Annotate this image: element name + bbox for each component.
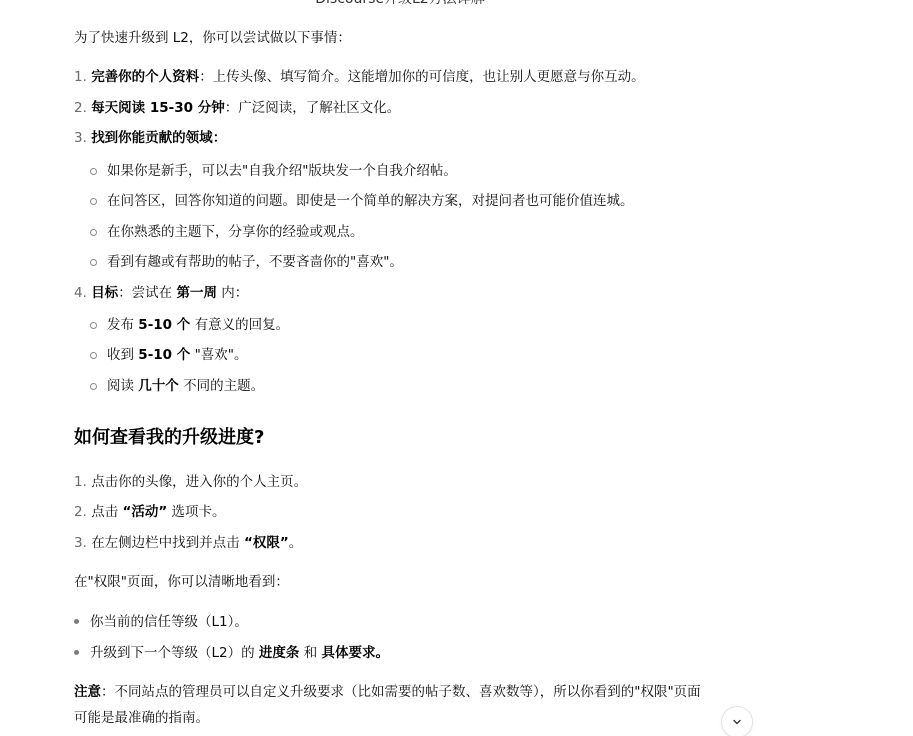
chevron-down-icon	[731, 716, 743, 728]
step-2: 2. 每天阅读 15-30 分钟：广泛阅读，了解社区文化。	[74, 98, 400, 118]
goal-item: 阅读 几十个 不同的主题。	[107, 376, 264, 396]
circle-bullet-icon	[90, 229, 97, 236]
step-1: 1. 完善你的个人资料：上传头像、填写简介。这能增加你的可信度，也让别人更愿意与…	[74, 67, 645, 87]
scroll-to-bottom-button[interactable]	[721, 706, 753, 736]
contrib-item: 如果你是新手，可以去"自我介绍"版块发一个自我介绍帖。	[107, 161, 457, 181]
circle-bullet-icon	[90, 352, 97, 359]
progress-step: 1. 点击你的头像，进入你的个人主页。	[74, 472, 307, 492]
chat-response-page: Discourse升级L2方法详解 为了快速升级到 L2，你可以尝试做以下事情：…	[0, 0, 913, 736]
progress-step: 2. 点击 “活动” 选项卡。	[74, 502, 226, 522]
intro-text: 为了快速升级到 L2，你可以尝试做以下事情：	[74, 28, 351, 48]
circle-bullet-icon	[90, 168, 97, 175]
document-title: Discourse升级L2方法详解	[0, 0, 800, 8]
goal-item: 发布 5-10 个 有意义的回复。	[107, 315, 289, 335]
circle-bullet-icon	[90, 383, 97, 390]
progress-step: 3. 在左侧边栏中找到并点击 “权限”。	[74, 533, 302, 553]
step-4: 4. 目标：尝试在 第一周 内：	[74, 283, 248, 303]
circle-bullet-icon	[90, 198, 97, 205]
dot-bullet-icon	[74, 650, 79, 655]
permission-item: 升级到下一个等级（L2）的 进度条 和 具体要求。	[90, 643, 389, 663]
note-line-2: 可能是最准确的指南。	[74, 708, 209, 728]
step-3: 3. 找到你能贡献的领域：	[74, 128, 226, 148]
permissions-intro: 在"权限"页面，你可以清晰地看到：	[74, 572, 289, 592]
circle-bullet-icon	[90, 259, 97, 266]
goal-item: 收到 5-10 个 "喜欢"。	[107, 345, 248, 365]
section-heading: 如何查看我的升级进度?	[74, 428, 264, 448]
permission-item: 你当前的信任等级（L1）。	[90, 612, 248, 632]
contrib-item: 在你熟悉的主题下，分享你的经验或观点。	[107, 222, 364, 242]
circle-bullet-icon	[90, 322, 97, 329]
contrib-item: 看到有趣或有帮助的帖子，不要吝啬你的"喜欢"。	[107, 252, 403, 272]
dot-bullet-icon	[74, 619, 79, 624]
note-line-1: 注意：不同站点的管理员可以自定义升级要求（比如需要的帖子数、喜欢数等），所以你看…	[74, 682, 701, 702]
contrib-item: 在问答区，回答你知道的问题。即使是一个简单的解决方案，对提问者也可能价值连城。	[107, 191, 634, 211]
